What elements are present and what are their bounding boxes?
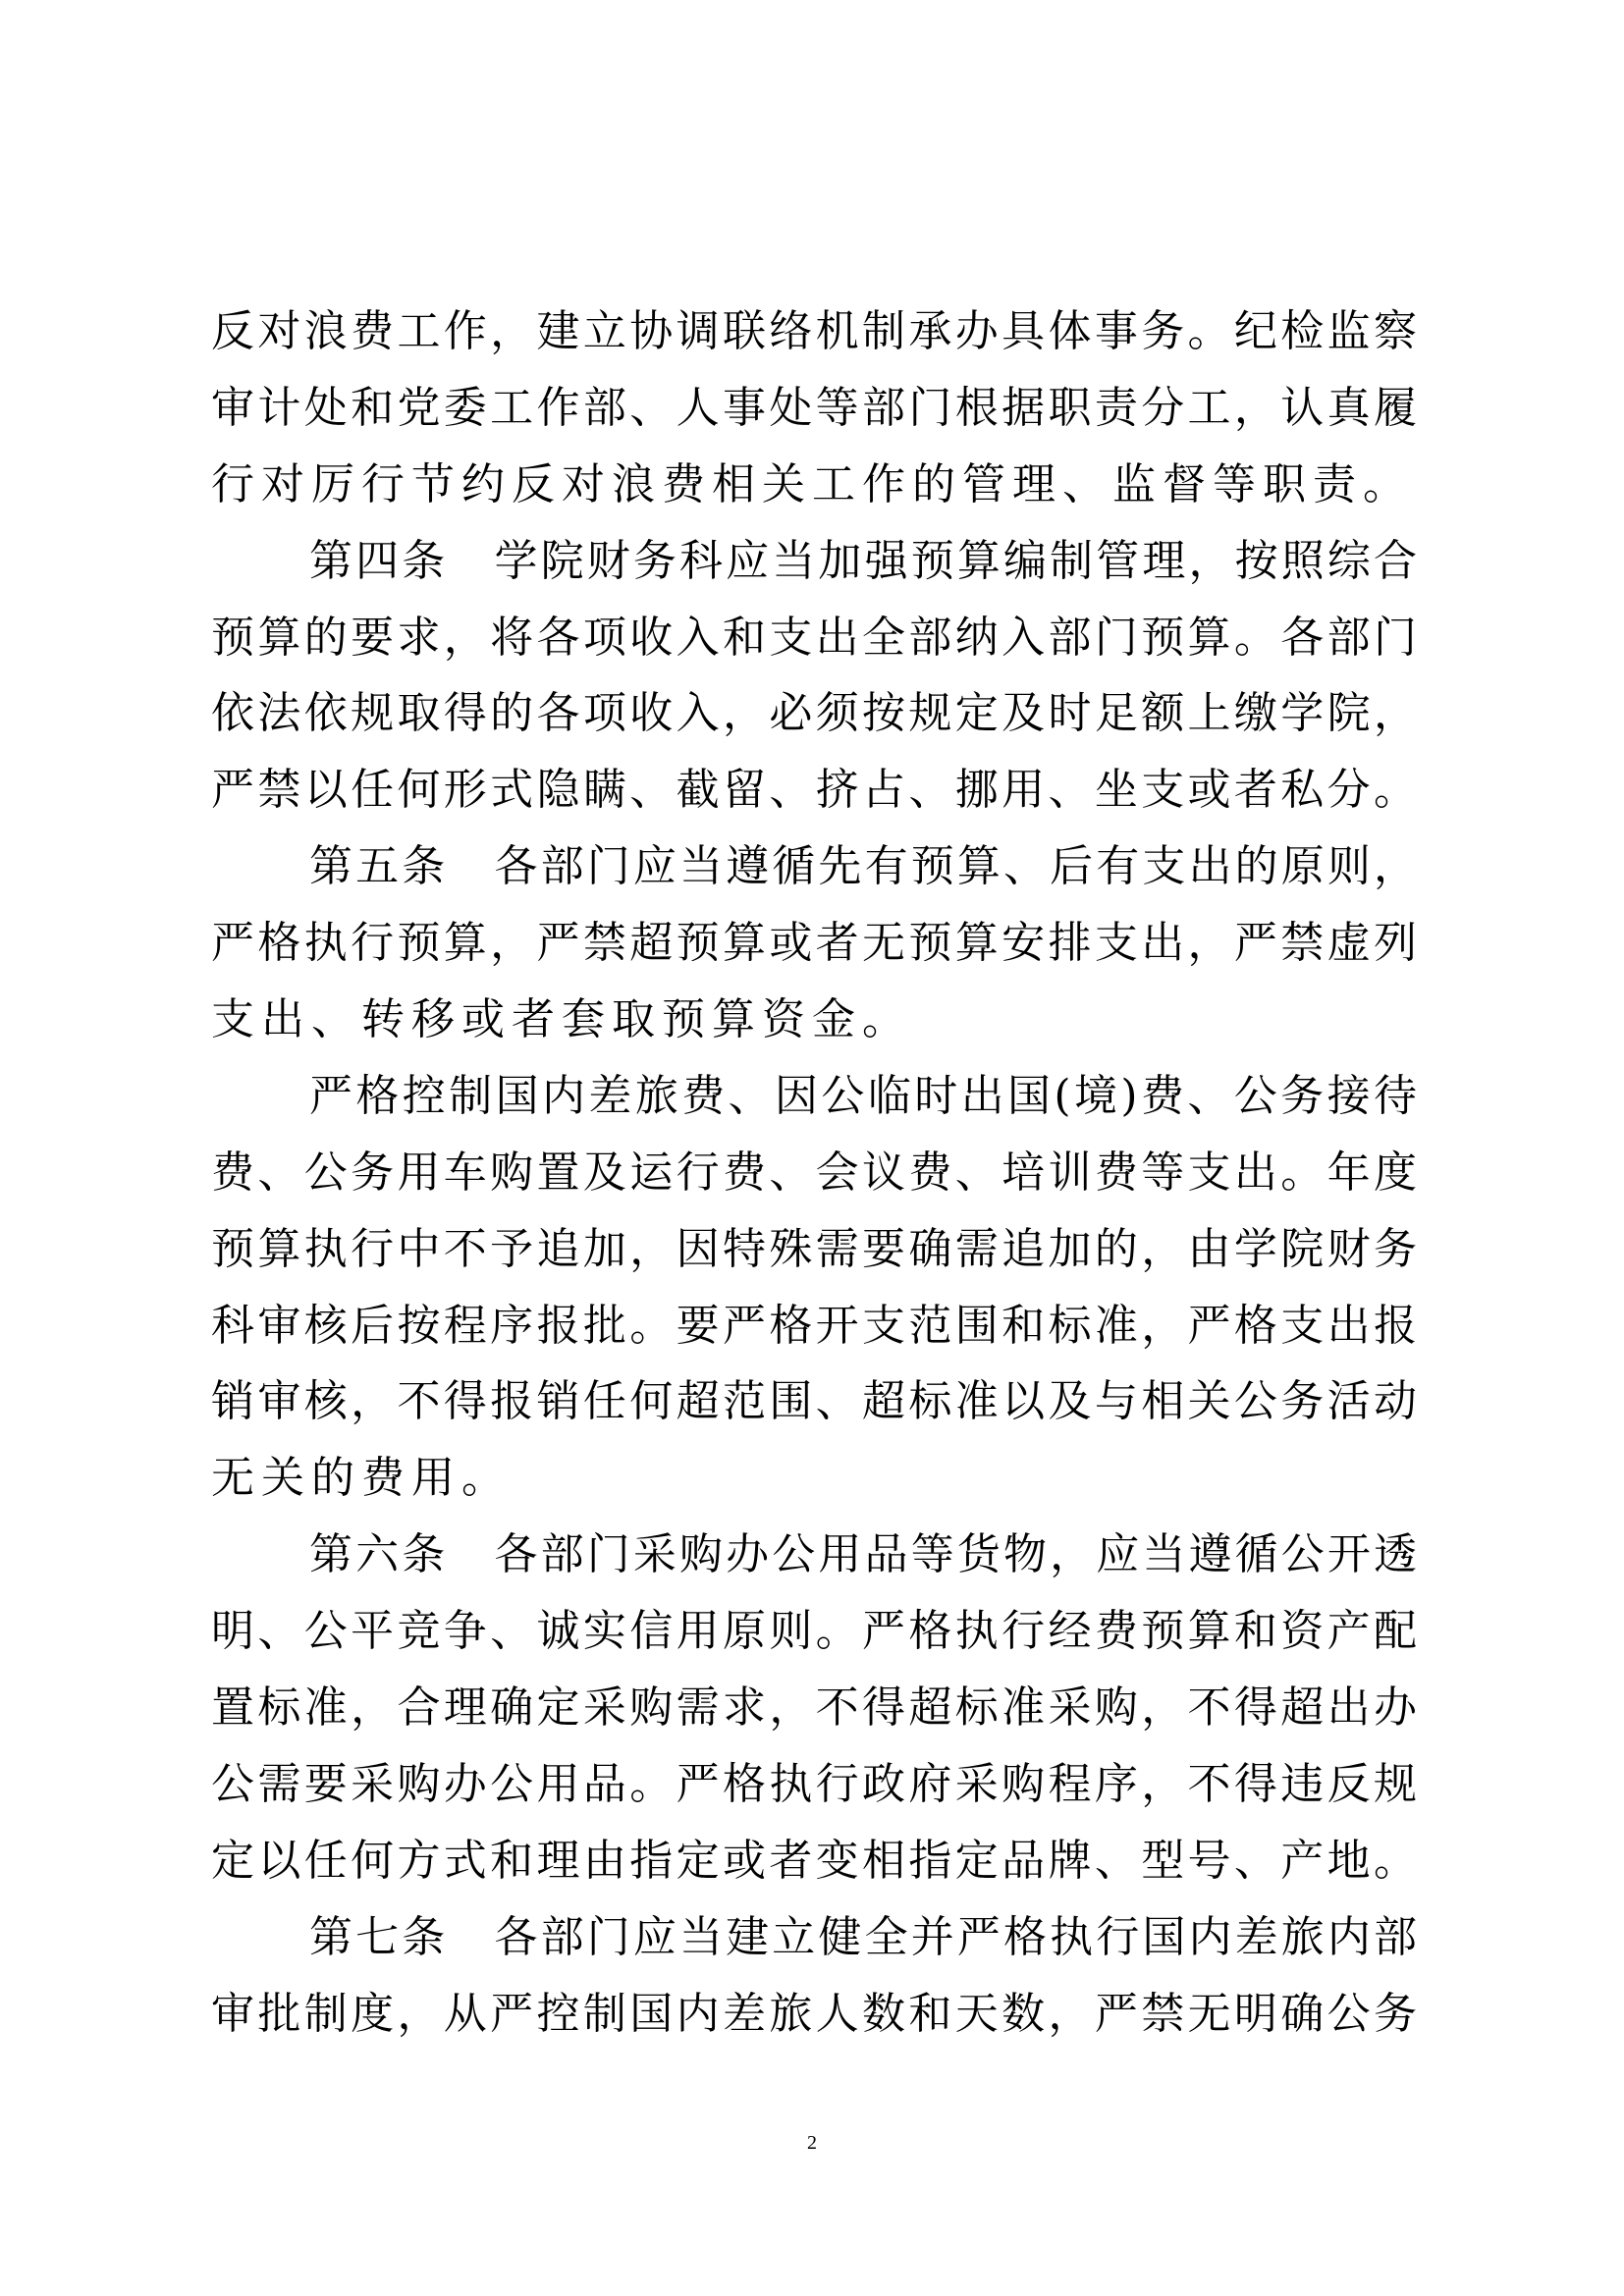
text-line: 定以任何方式和理由指定或者变相指定品牌、型号、产地。 — [211, 1823, 1417, 1899]
text-line: 费、公务用车购置及运行费、会议费、培训费等支出。年度 — [211, 1135, 1417, 1211]
document-body: 反对浪费工作，建立协调联络机制承办具体事务。纪检监察审计处和党委工作部、人事处等… — [211, 294, 1417, 2052]
text-line: 审批制度，从严控制国内差旅人数和天数，严禁无明确公务 — [211, 1976, 1417, 2053]
text-line: 预算的要求，将各项收入和支出全部纳入部门预算。各部门 — [211, 600, 1417, 676]
text-line: 严格执行预算，严禁超预算或者无预算安排支出，严禁虚列 — [211, 905, 1417, 982]
text-line: 行对厉行节约反对浪费相关工作的管理、监督等职责。 — [211, 447, 1417, 523]
text-line: 明、公平竞争、诚实信用原则。严格执行经费预算和资产配 — [211, 1593, 1417, 1670]
page-number: 2 — [785, 2132, 839, 2155]
text-line: 反对浪费工作，建立协调联络机制承办具体事务。纪检监察 — [211, 294, 1417, 370]
text-line: 严禁以任何形式隐瞒、截留、挤占、挪用、坐支或者私分。 — [211, 752, 1417, 828]
text-line: 审计处和党委工作部、人事处等部门根据职责分工，认真履 — [211, 370, 1417, 447]
text-line: 置标准，合理确定采购需求，不得超标准采购，不得超出办 — [211, 1670, 1417, 1746]
text-line: 无关的费用。 — [211, 1440, 1417, 1517]
text-line: 预算执行中不予追加，因特殊需要确需追加的，由学院财务 — [211, 1211, 1417, 1288]
text-line: 第七条 各部门应当建立健全并严格执行国内差旅内部 — [211, 1899, 1417, 1976]
text-line: 第五条 各部门应当遵循先有预算、后有支出的原则， — [211, 828, 1417, 905]
text-line: 依法依规取得的各项收入，必须按规定及时足额上缴学院， — [211, 675, 1417, 752]
text-line: 第六条 各部门采购办公用品等货物，应当遵循公开透 — [211, 1517, 1417, 1593]
text-line: 销审核，不得报销任何超范围、超标准以及与相关公务活动 — [211, 1363, 1417, 1440]
text-line: 第四条 学院财务科应当加强预算编制管理，按照综合 — [211, 523, 1417, 600]
text-line: 严格控制国内差旅费、因公临时出国(境)费、公务接待 — [211, 1058, 1417, 1135]
text-line: 科审核后按程序报批。要严格开支范围和标准，严格支出报 — [211, 1288, 1417, 1364]
text-line: 公需要采购办公用品。严格执行政府采购程序，不得违反规 — [211, 1746, 1417, 1823]
document-page: 反对浪费工作，建立协调联络机制承办具体事务。纪检监察审计处和党委工作部、人事处等… — [0, 0, 1624, 2296]
text-line: 支出、转移或者套取预算资金。 — [211, 982, 1417, 1058]
